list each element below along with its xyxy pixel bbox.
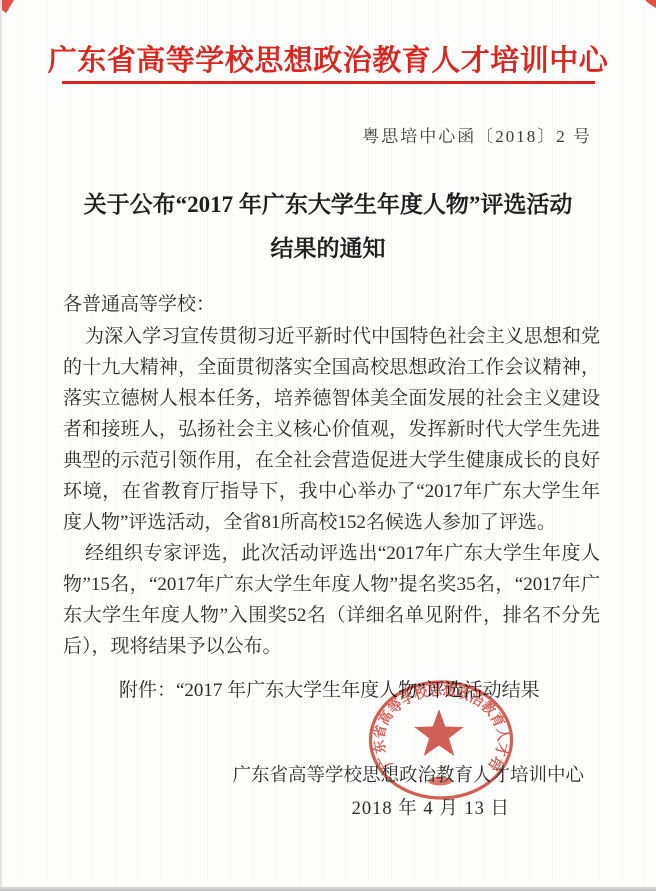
paragraph-1: 为深入学习宣传贯彻习近平新时代中国特色社会主义思想和党的十九大精神，全面贯彻落实… <box>63 321 600 538</box>
document-page: 广东省高等学校思想政治教育人才培训中心 粤思培中心函〔2018〕2 号 关于公布… <box>0 0 656 891</box>
seal-star-icon <box>414 709 463 756</box>
letterhead-org-title: 广东省高等学校思想政治教育人才培训中心 <box>0 38 656 79</box>
attachment-line: 附件：“2017 年广东大学生年度人物”评选活动结果 <box>119 675 540 702</box>
document-number: 粤思培中心函〔2018〕2 号 <box>362 122 592 147</box>
paragraph-2: 经组织专家评选，此次活动评选出“2017年广东大学生年度人物”15名，“2017… <box>63 538 600 662</box>
letterhead-divider-line <box>62 81 595 84</box>
document-title: 关于公布“2017 年广东大学生年度人物”评选活动 结果的通知 <box>0 183 656 271</box>
signature-block: 广东省高等学校思想政治教育人才培训中心 2018 年 4 月 13 日 <box>232 760 584 826</box>
signature-org: 广东省高等学校思想政治教育人才培训中心 <box>232 760 584 793</box>
document-title-line1: 关于公布“2017 年广东大学生年度人物”评选活动 <box>0 183 656 227</box>
scan-artifact-top-left <box>2 0 14 13</box>
scan-artifact-top-right <box>645 0 656 8</box>
signature-date: 2018 年 4 月 13 日 <box>232 793 584 826</box>
scan-edge-bottom <box>0 887 656 891</box>
salutation: 各普通高等学校： <box>63 289 215 316</box>
body-text: 为深入学习宣传贯彻习近平新时代中国特色社会主义思想和党的十九大精神，全面贯彻落实… <box>63 321 600 662</box>
document-title-line2: 结果的通知 <box>0 227 656 271</box>
scan-edge-left <box>0 0 2 891</box>
